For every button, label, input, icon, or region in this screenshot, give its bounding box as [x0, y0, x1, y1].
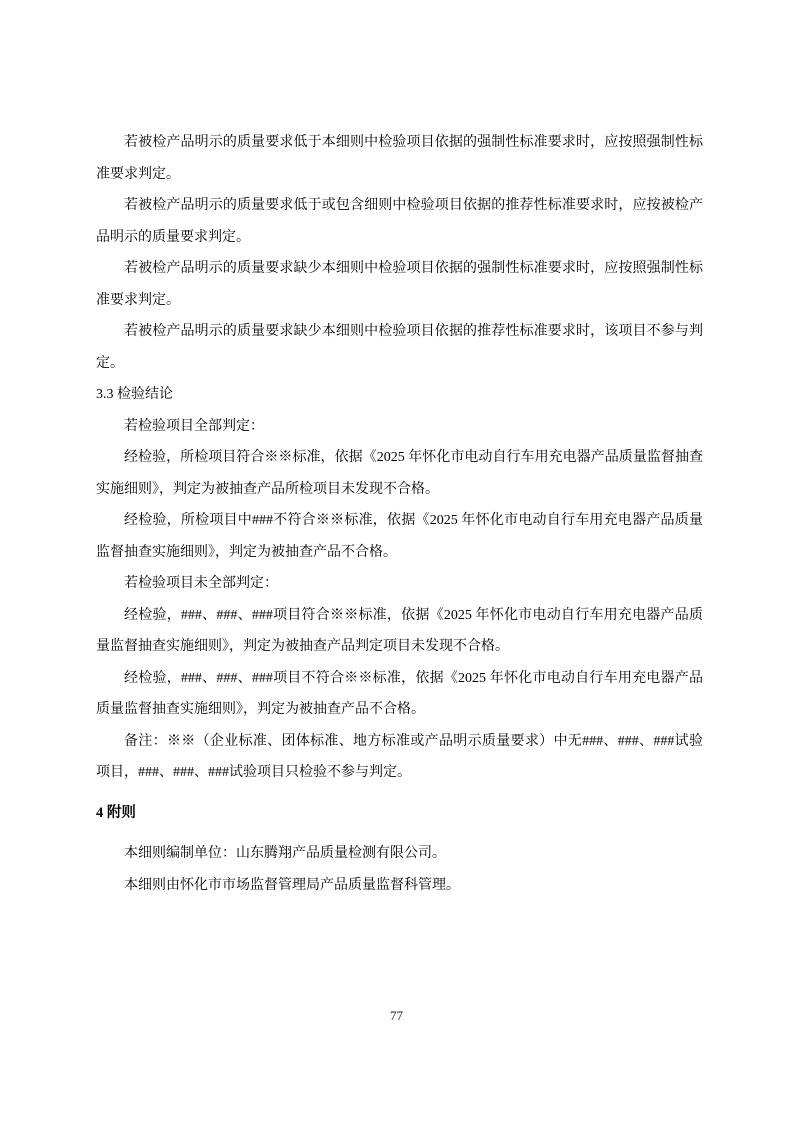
para-remarks: 备注：※※（企业标准、团体标准、地方标准或产品明示质量要求）中无###、###、…	[96, 726, 703, 789]
para-partial-pass-conclusion: 经检验，###、###、###项目符合※※标准，依据《2025 年怀化市电动自行…	[96, 600, 703, 663]
para-drafting-unit: 本细则编制单位：山东腾翔产品质量检测有限公司。	[96, 838, 703, 870]
para-all-pass-conclusion: 经检验，所检项目符合※※标准，依据《2025 年怀化市电动自行车用充电器产品质量…	[96, 442, 703, 505]
para-all-items-judged: 若检验项目全部判定：	[96, 411, 703, 443]
para-management-unit: 本细则由怀化市市场监督管理局产品质量监督科管理。	[96, 870, 703, 902]
heading-4-supplementary-rules: 4 附则	[96, 798, 703, 830]
document-body: 若被检产品明示的质量要求低于本细则中检验项目依据的强制性标准要求时，应按照强制性…	[96, 127, 703, 901]
page-number: 77	[390, 1008, 403, 1023]
para-quality-missing-recommended: 若被检产品明示的质量要求缺少本细则中检验项目依据的推荐性标准要求时，该项目不参与…	[96, 316, 703, 379]
para-partial-fail-conclusion: 经检验，###、###、###项目不符合※※标准，依据《2025 年怀化市电动自…	[96, 663, 703, 726]
para-all-fail-conclusion: 经检验，所检项目中###不符合※※标准，依据《2025 年怀化市电动自行车用充电…	[96, 505, 703, 568]
para-quality-below-recommended: 若被检产品明示的质量要求低于或包含细则中检验项目依据的推荐性标准要求时，应按被检…	[96, 190, 703, 253]
para-quality-below-mandatory: 若被检产品明示的质量要求低于本细则中检验项目依据的强制性标准要求时，应按照强制性…	[96, 127, 703, 190]
para-not-all-items-judged: 若检验项目未全部判定：	[96, 568, 703, 600]
document-page: 若被检产品明示的质量要求低于本细则中检验项目依据的强制性标准要求时，应按照强制性…	[0, 0, 793, 1122]
heading-3-3-inspection-conclusion: 3.3 检验结论	[96, 379, 703, 411]
para-quality-missing-mandatory: 若被检产品明示的质量要求缺少本细则中检验项目依据的强制性标准要求时，应按照强制性…	[96, 253, 703, 316]
page-footer: 77	[0, 1006, 793, 1026]
